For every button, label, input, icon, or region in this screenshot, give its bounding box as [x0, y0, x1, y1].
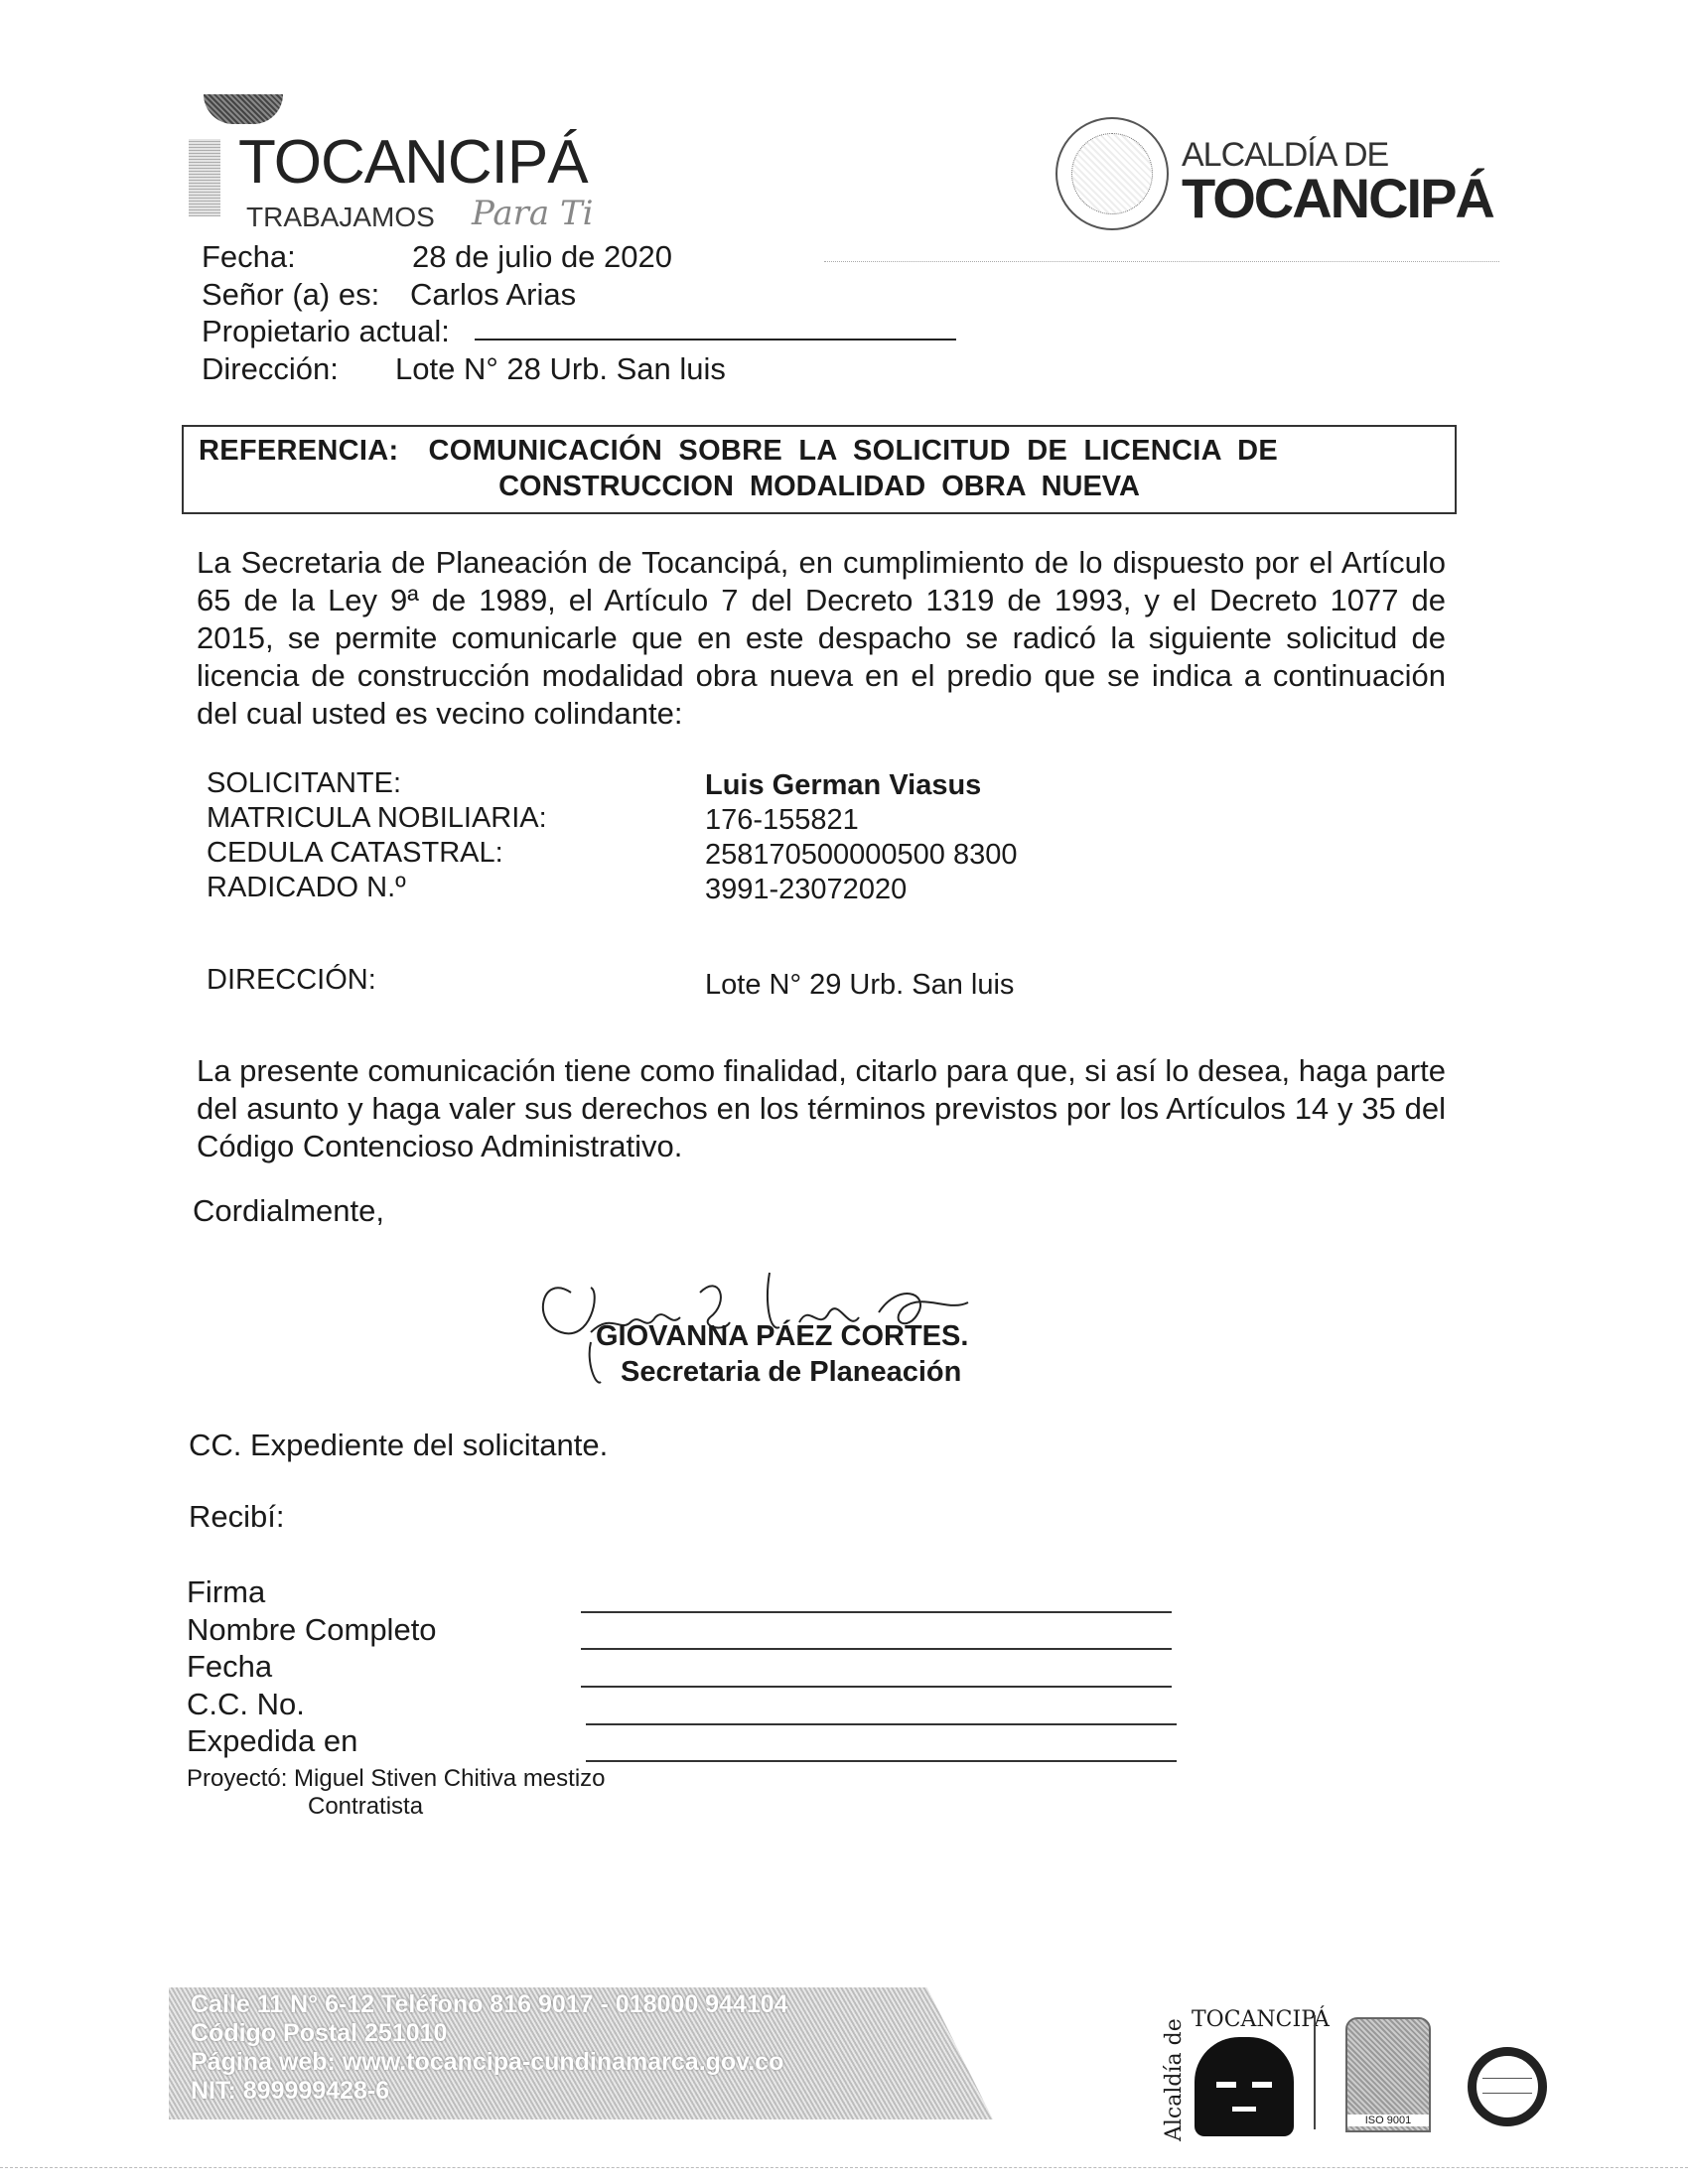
- projected-role: Contratista: [187, 1793, 606, 1821]
- detail-label: SOLICITANTE:: [207, 766, 401, 801]
- reference-line2: CONSTRUCCION MODALIDAD OBRA NUEVA: [184, 471, 1455, 503]
- detail-value-matricula: 176-155821: [705, 803, 859, 838]
- footer-alcaldia-logo: Alcaldía de TOCANCIPÁ: [1162, 2007, 1321, 2141]
- reference-box: REFERENCIA:COMUNICACIÓN SOBRE LA SOLICIT…: [182, 425, 1457, 514]
- iso-label: ISO 9001: [1347, 2115, 1429, 2126]
- projected-label: Proyectó: Miguel Stiven Chitiva mestizo: [187, 1765, 606, 1793]
- tocancipa-logo: TOCANCIPÁ TRABAJAMOS Para Ti: [189, 94, 606, 243]
- footer-web: Página web: www.tocancipa-cundinamarca.g…: [191, 2048, 788, 2077]
- footer-nit: NIT: 899999428-6: [191, 2077, 788, 2106]
- footer-postal: Código Postal 251010: [191, 2019, 788, 2048]
- received-label: Recibí:: [189, 1499, 284, 1535]
- direccion-label: Dirección:: [202, 350, 339, 388]
- detail-value-radicado: 3991-23072020: [705, 873, 907, 907]
- logo-subtitle: TRABAJAMOS: [246, 202, 435, 233]
- detail-value-solicitante: Luis German Viasus: [705, 768, 981, 803]
- detail-value-cedula: 258170500000500 8300: [705, 838, 1018, 873]
- iso-cert-icon: ISO 9001: [1345, 2017, 1431, 2132]
- certification-seal-icon: [1468, 2047, 1547, 2126]
- detail-label: CEDULA CATASTRAL:: [207, 836, 503, 871]
- detail-label: MATRICULA NOBILIARIA:: [207, 801, 547, 836]
- firma-blank: [581, 1611, 1172, 1613]
- detail-label: DIRECCIÓN:: [207, 963, 376, 998]
- field-cc-label: C.C. No.: [187, 1686, 437, 1723]
- reference-label: REFERENCIA:: [199, 435, 398, 467]
- field-fecha-label: Fecha: [187, 1648, 437, 1686]
- body-paragraph-1: La Secretaria de Planeación de Tocancipá…: [197, 544, 1446, 733]
- field-expedida-label: Expedida en: [187, 1722, 437, 1760]
- header-divider: [824, 261, 1499, 262]
- reference-line1: COMUNICACIÓN SOBRE LA SOLICITUD DE LICEN…: [428, 435, 1278, 467]
- signatory-name: GIOVANNA PÁEZ CORTES.: [596, 1320, 968, 1353]
- field-nombre-label: Nombre Completo: [187, 1611, 437, 1649]
- projected-by: Proyectó: Miguel Stiven Chitiva mestizo …: [187, 1765, 606, 1821]
- propietario-blank: [475, 313, 956, 341]
- senor-value: Carlos Arias: [410, 276, 576, 314]
- pot-icon: [204, 94, 283, 124]
- cc-note: CC. Expediente del solicitante.: [189, 1428, 608, 1463]
- scan-edge: [0, 2167, 1688, 2168]
- figure-icon: [189, 139, 220, 216]
- detail-label: RADICADO N.º: [207, 871, 406, 905]
- senor-label: Señor (a) es:: [202, 276, 379, 314]
- detail-value-direccion: Lote N° 29 Urb. San luis: [705, 968, 1014, 1003]
- fecha-value: 28 de julio de 2020: [412, 238, 672, 276]
- closing: Cordialmente,: [193, 1193, 384, 1229]
- footer-divider: [1314, 2015, 1316, 2129]
- logo-footer-title: TOCANCIPÁ: [1192, 2007, 1330, 2032]
- signatory-title: Secretaria de Planeación: [621, 1356, 961, 1389]
- logo-vertical-text: Alcaldía de: [1162, 2018, 1187, 2141]
- fecha-blank: [581, 1686, 1172, 1688]
- logo-script: Para Ti: [472, 194, 594, 233]
- logo-title: TOCANCIPÁ: [238, 132, 588, 194]
- cc-blank: [586, 1723, 1177, 1725]
- expedida-blank: [586, 1760, 1177, 1762]
- nombre-blank: [581, 1648, 1172, 1650]
- receipt-form: Firma Nombre Completo Fecha C.C. No. Exp…: [187, 1573, 437, 1760]
- direccion-value: Lote N° 28 Urb. San luis: [395, 350, 726, 388]
- footer-contact-band: Calle 11 N° 6-12 Teléfono 816 9017 - 018…: [169, 1980, 993, 2119]
- propietario-label: Propietario actual:: [202, 313, 450, 350]
- municipal-seal-icon: [1055, 117, 1169, 230]
- field-firma-label: Firma: [187, 1573, 437, 1611]
- mask-icon: [1195, 2037, 1294, 2136]
- alcaldia-name: TOCANCIPÁ: [1182, 171, 1493, 226]
- body-paragraph-2: La presente comunicación tiene como fina…: [197, 1052, 1446, 1165]
- footer-address: Calle 11 N° 6-12 Teléfono 816 9017 - 018…: [191, 1990, 788, 2019]
- fecha-label: Fecha:: [202, 238, 296, 276]
